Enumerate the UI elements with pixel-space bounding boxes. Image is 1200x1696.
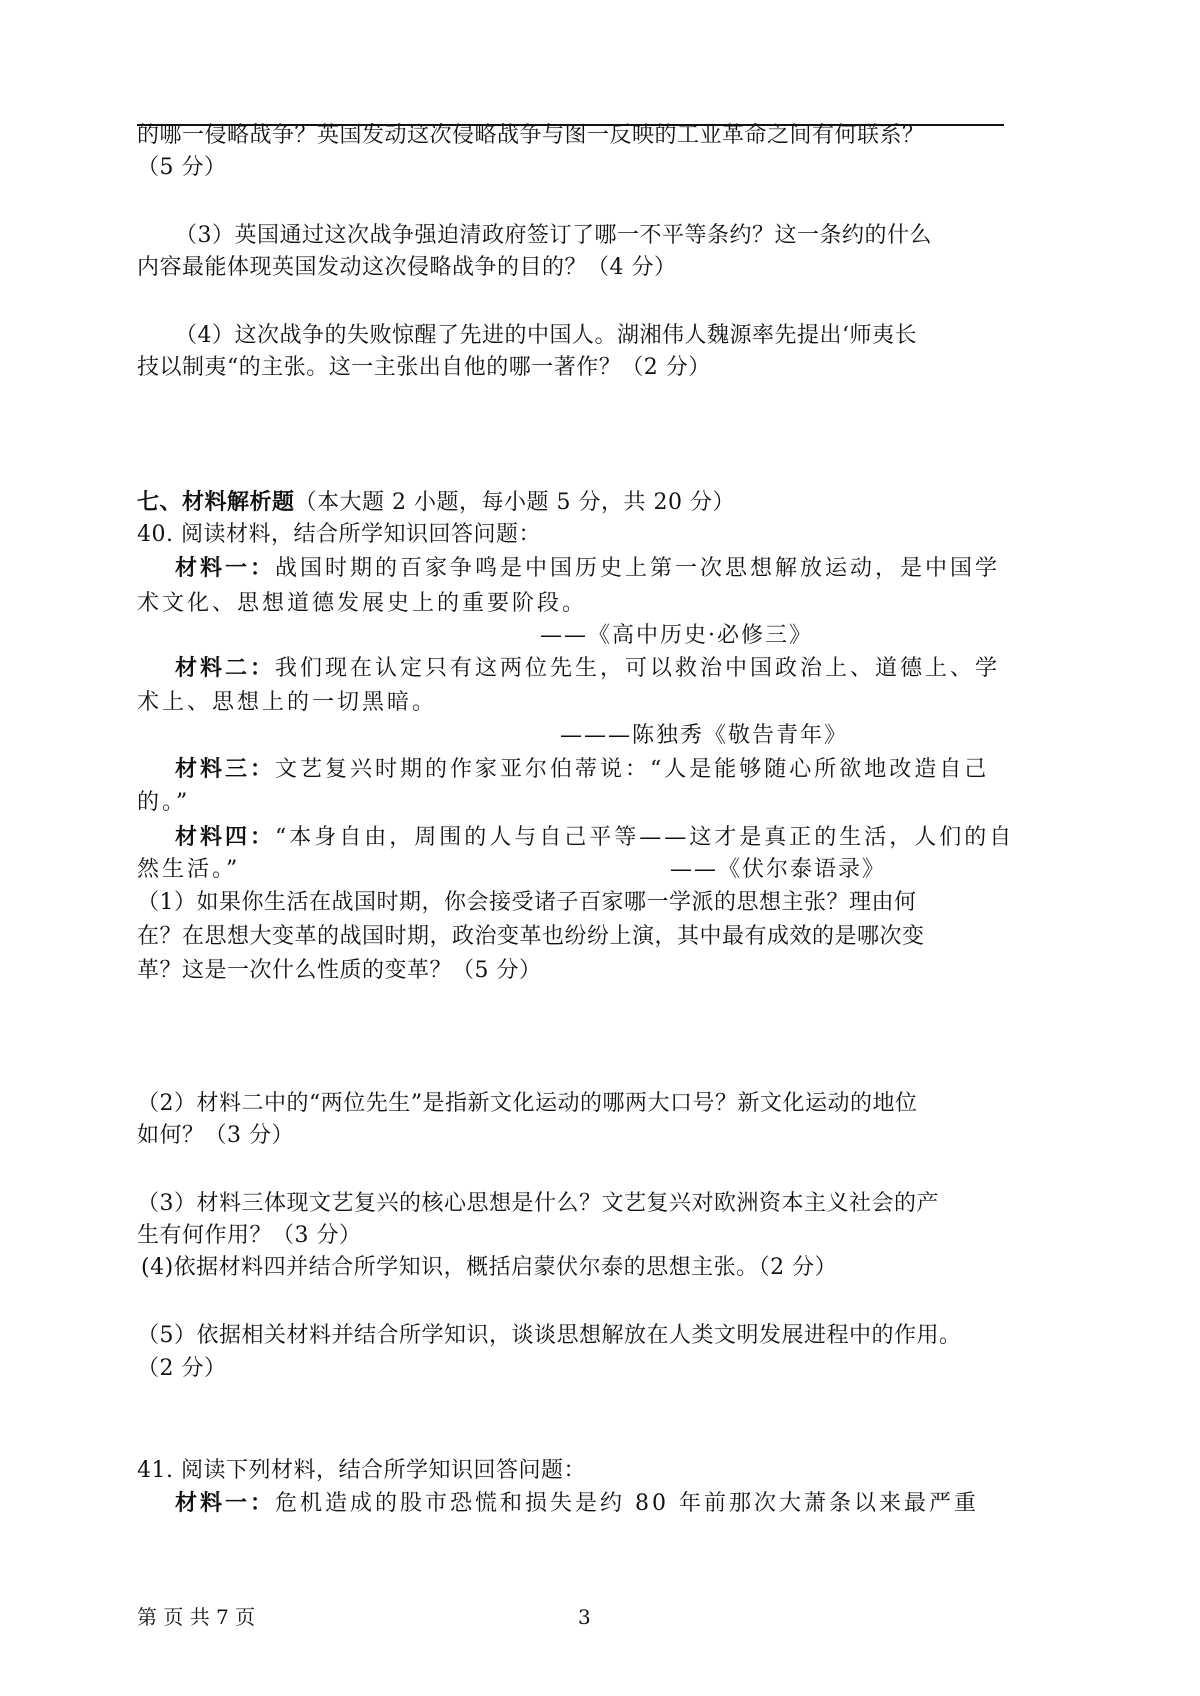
- material2-text: 我们现在认定只有这两位先生，可以救治中国政治上、道德上、学: [275, 656, 1000, 681]
- material1-label: 材料一：: [175, 556, 275, 581]
- q40-sub5-line1: （5）依据相关材料并结合所学知识，谈谈思想解放在人类文明发展进程中的作用。: [137, 1322, 962, 1350]
- q40-sub5-line2: （2 分）: [137, 1355, 227, 1383]
- q40-material1-line1: 材料一：战国时期的百家争鸣是中国历史上第一次思想解放运动，是中国学: [175, 555, 1000, 583]
- q39-part4-line1: （4）这次战争的失败惊醒了先进的中国人。湖湘伟人魏源率先提出‘师夷长: [175, 322, 917, 350]
- q40-material3-line1: 材料三：文艺复兴时期的作家亚尔伯蒂说：“人是能够随心所欲地改造自己: [175, 756, 989, 784]
- q40-material3-line2: 的。”: [137, 789, 190, 817]
- q39-part3-line2: 内容最能体现英国发动这次侵略战争的目的？（4 分）: [137, 254, 677, 282]
- q39-part3-line1: （3）英国通过这次战争强迫清政府签订了哪一不平等条约？这一条约的什么: [175, 222, 932, 250]
- q40-sub1-line3: 革？这是一次什么性质的变革？（5 分）: [137, 957, 542, 985]
- material3-label: 材料三：: [175, 757, 275, 782]
- q40-sub4-line1: (4)依据材料四并结合所学知识，概括启蒙伏尔泰的思想主张。（2 分）: [141, 1254, 837, 1282]
- q40-sub3-line2: 生有何作用？（3 分）: [137, 1222, 362, 1250]
- section-7-heading: 七、材料解析题: [137, 490, 295, 515]
- q40-material4-source: ——《伏尔泰语录》: [670, 856, 886, 884]
- exam-page: 的哪一侵略战争？英国发动这次侵略战争与图一反映的工业革命之间有何联系？ （5 分…: [0, 0, 1200, 1696]
- q40-material1-source: ——《高中历史·必修三》: [540, 622, 813, 650]
- q40-stem: 40. 阅读材料，结合所学知识回答问题：: [137, 521, 541, 549]
- q41-material1-text: 危机造成的股市恐慌和损失是约 80 年前那次大萧条以来最严重: [275, 1491, 979, 1516]
- q40-sub3-line1: （3）材料三体现文艺复兴的核心思想是什么？文艺复兴对欧洲资本主义社会的产: [137, 1190, 939, 1218]
- q40-material1-line2: 术文化、思想道德发展史上的重要阶段。: [137, 590, 587, 618]
- q40-sub2-line1: （2）材料二中的“两位先生”是指新文化运动的哪两大口号？新文化运动的地位: [137, 1090, 918, 1118]
- q39-part2-score: （5 分）: [137, 154, 227, 182]
- q40-material2-line2: 术上、思想上的一切黑暗。: [137, 689, 437, 717]
- material3-text: 文艺复兴时期的作家亚尔伯蒂说：“人是能够随心所欲地改造自己: [275, 757, 989, 782]
- q40-sub2-line2: 如何？（3 分）: [137, 1122, 294, 1150]
- q40-sub1-line2: 在？在思想大变革的战国时期，政治变革也纷纷上演，其中最有成效的是哪次变: [137, 923, 925, 951]
- q39-part4-line2: 技以制夷“的主张。这一主张出自他的哪一著作？（2 分）: [137, 354, 711, 382]
- material1-text: 战国时期的百家争鸣是中国历史上第一次思想解放运动，是中国学: [275, 556, 1000, 581]
- q40-sub1-line1: （1）如果你生活在战国时期，你会接受诸子百家哪一学派的思想主张？理由何: [137, 889, 917, 917]
- q40-material4-line2: 然生活。”: [137, 856, 240, 884]
- q41-material1-line1: 材料一：危机造成的股市恐慌和损失是约 80 年前那次大萧条以来最严重: [175, 1490, 979, 1518]
- section-7-title: 七、材料解析题（本大题 2 小题，每小题 5 分，共 20 分）: [137, 489, 735, 517]
- q40-material2-source: ———陈独秀《敬告青年》: [560, 722, 848, 750]
- q41-stem: 41. 阅读下列材料，结合所学知识回答问题：: [137, 1457, 586, 1485]
- footer-page-number: 3: [578, 1604, 591, 1630]
- material4-text: “本身自由，周围的人与自己平等——这才是真正的生活，人们的自: [275, 825, 1014, 850]
- material2-label: 材料二：: [175, 656, 275, 681]
- section-7-note: （本大题 2 小题，每小题 5 分，共 20 分）: [295, 490, 735, 515]
- q39-part2-line1: 的哪一侵略战争？英国发动这次侵略战争与图一反映的工业革命之间有何联系？: [137, 122, 925, 150]
- q40-material2-line1: 材料二：我们现在认定只有这两位先生，可以救治中国政治上、道德上、学: [175, 655, 1000, 683]
- q41-material1-label: 材料一：: [175, 1491, 275, 1516]
- footer-page-info: 第 页 共 7 页: [137, 1604, 255, 1630]
- material4-label: 材料四：: [175, 825, 275, 850]
- q40-material4-line1: 材料四：“本身自由，周围的人与自己平等——这才是真正的生活，人们的自: [175, 824, 1014, 852]
